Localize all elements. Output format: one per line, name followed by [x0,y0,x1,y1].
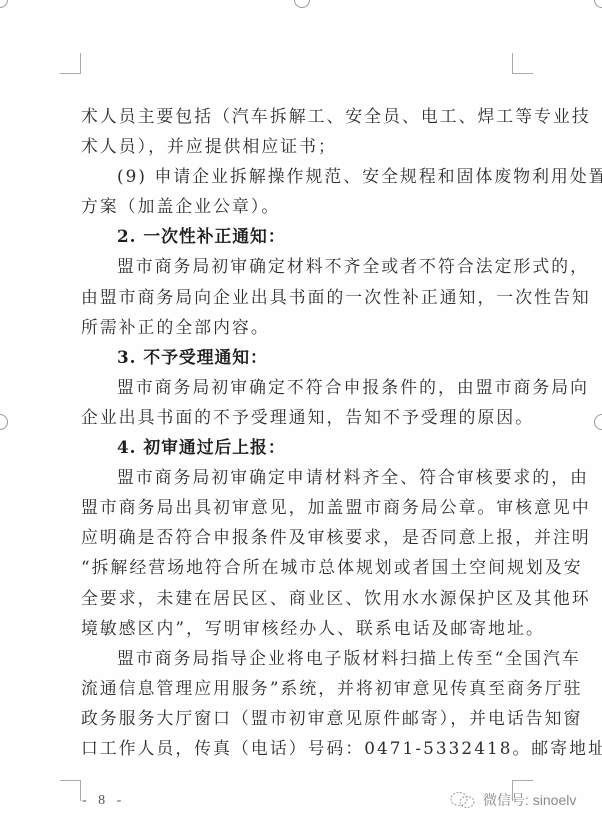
section-heading: 4. 初审通过后上报： [81,432,521,462]
section-heading: 3. 不予受理通知： [81,342,521,372]
crop-mark-top-right [512,53,533,74]
page-number: - 8 - [82,793,125,809]
watermark-text: 微信号: sinoelv [483,790,576,810]
text-line: 应明确是否符合申报条件及审核要求，是否同意上报，并注明 [81,522,521,552]
section-heading: 2. 一次性补正通知： [81,221,521,251]
punch-hole-top-left [0,0,8,8]
text-line: 所需补正的全部内容。 [81,312,521,342]
punch-hole-middle-right [594,414,602,430]
text-line: (9) 申请企业拆解操作规范、安全规程和固体废物利用处置 [81,161,521,191]
text-line: 由盟市商务局向企业出具书面的一次性补正通知，一次性告知 [81,282,521,312]
document-body: 术人员主要包括（汽车拆解工、安全员、电工、焊工等专业技术人员），并应提供相应证书… [81,101,521,763]
text-line: 盟市商务局初审确定申请材料齐全、符合审核要求的，由 [81,462,521,492]
text-line: 术人员主要包括（汽车拆解工、安全员、电工、焊工等专业技 [81,101,521,131]
wechat-watermark: 微信号: sinoelv [449,790,576,810]
text-line: 全要求，未建在居民区、商业区、饮用水水源保护区及其他环 [81,583,521,613]
text-line: 政务服务大厅窗口（盟市初审意见原件邮寄），并电话告知窗 [81,703,521,733]
punch-hole-top-center [294,0,310,8]
text-line: 方案（加盖企业公章）。 [81,191,521,221]
text-line: 境敏感区内”，写明审核经办人、联系电话及邮寄地址。 [81,613,521,643]
text-line: 盟市商务局初审确定不符合申报条件的，由盟市商务局向 [81,372,521,402]
text-line: 盟市商务局初审确定材料不齐全或者不符合法定形式的， [81,251,521,281]
text-line: 盟市商务局指导企业将电子版材料扫描上传至“全国汽车 [81,643,521,673]
text-line: 口工作人员，传真（电话）号码：0471-5332418。邮寄地址： [81,733,521,763]
text-line: “拆解经营场地符合所在城市总体规划或者国土空间规划及安 [81,552,521,582]
crop-mark-top-left [60,53,81,74]
punch-hole-top-right [594,0,602,8]
crop-mark-bottom-left [60,780,81,801]
text-line: 流通信息管理应用服务”系统，并将初审意见传真至商务厅驻 [81,673,521,703]
punch-hole-middle-left [0,414,8,430]
document-page: 术人员主要包括（汽车拆解工、安全员、电工、焊工等专业技术人员），并应提供相应证书… [0,0,602,827]
text-line: 盟市商务局出具初审意见，加盖盟市商务局公章。审核意见中 [81,492,521,522]
wechat-icon [449,791,477,809]
text-line: 术人员），并应提供相应证书； [81,131,521,161]
text-line: 企业出具书面的不予受理通知，告知不予受理的原因。 [81,402,521,432]
